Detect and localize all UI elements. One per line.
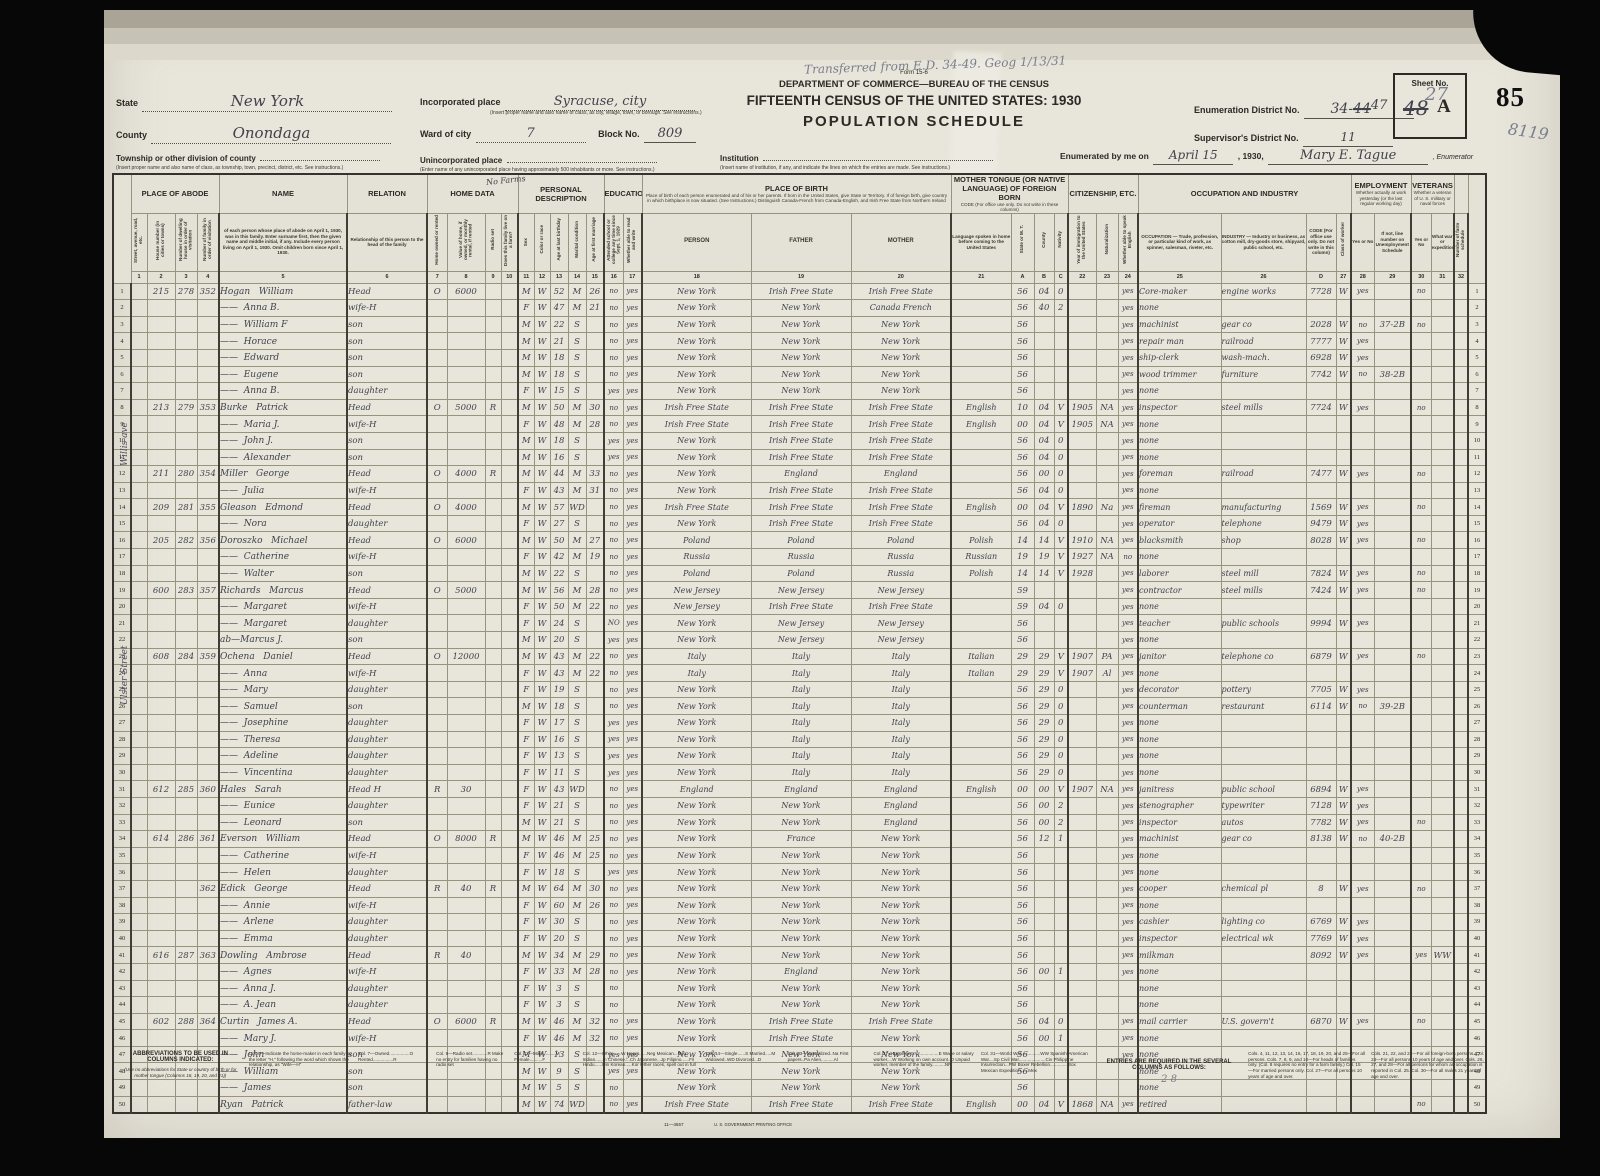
cell	[1034, 847, 1054, 864]
cell	[1431, 499, 1454, 516]
row-number-left: 45	[113, 1013, 131, 1030]
cell	[1411, 997, 1431, 1014]
cell: Irish Free State	[751, 499, 851, 516]
cell	[1306, 432, 1336, 449]
cell	[1054, 930, 1068, 947]
cell: yes	[623, 831, 642, 848]
cell: pottery	[1221, 681, 1306, 698]
ed-corrected: 47	[1371, 98, 1388, 113]
cell: Irish Free State	[751, 1013, 851, 1030]
cell: no	[604, 515, 623, 532]
cell: F	[518, 416, 534, 433]
cell	[1431, 764, 1454, 781]
cell: wife-H	[347, 416, 427, 433]
cell: milkman	[1138, 947, 1221, 964]
cell: stenographer	[1138, 797, 1221, 814]
cell	[447, 416, 485, 433]
cell	[1306, 715, 1336, 732]
cell: yes	[623, 300, 642, 317]
cell: 30	[586, 880, 604, 897]
cell: F	[518, 930, 534, 947]
cell: yes	[604, 748, 623, 765]
cell: M	[568, 399, 586, 416]
cell: 7424	[1306, 582, 1336, 599]
column-number: 21	[951, 271, 1011, 283]
column-description: Street, avenue, road, etc.	[131, 213, 147, 271]
cell: —— Margaret	[219, 598, 347, 615]
cell	[1374, 814, 1411, 831]
row-number-right: 8	[1468, 399, 1486, 416]
column-description: FATHER	[751, 213, 851, 271]
cell	[1411, 482, 1431, 499]
cell	[147, 432, 175, 449]
abbr-note: (Use no abbreviations for State or count…	[118, 1067, 243, 1078]
column-description: OCCUPATION — Trade, profession, or parti…	[1138, 213, 1221, 271]
cell: M	[518, 582, 534, 599]
cell	[1221, 963, 1306, 980]
cell: W	[534, 731, 550, 748]
cell	[1068, 681, 1096, 698]
cell: steel mills	[1221, 582, 1306, 599]
table-row: 32—— EunicedaughterFW21SnoyesNew YorkNew…	[113, 797, 1486, 814]
cell: yes	[1118, 748, 1138, 765]
cell	[485, 316, 501, 333]
cell: F	[518, 997, 534, 1014]
cell: New York	[751, 349, 851, 366]
cell: 612	[147, 781, 175, 798]
cell	[1374, 847, 1411, 864]
cell: England	[851, 797, 951, 814]
cell: 285	[175, 781, 197, 798]
cell: 56	[1011, 814, 1034, 831]
cell	[131, 1013, 147, 1030]
cell: New York	[642, 880, 751, 897]
cell: English	[951, 781, 1011, 798]
cell: F	[518, 847, 534, 864]
cell: yes	[1118, 283, 1138, 300]
cell	[147, 515, 175, 532]
cell	[485, 1030, 501, 1047]
cell	[1411, 349, 1431, 366]
column-number: B	[1034, 271, 1054, 283]
cell: Russia	[851, 565, 951, 582]
column-description: Value of home, if owned, or monthly rent…	[447, 213, 485, 271]
cell	[131, 499, 147, 516]
cell: Irish Free State	[642, 1096, 751, 1113]
cell: 56	[1011, 383, 1034, 400]
cell	[1454, 847, 1468, 864]
cell: yes	[1118, 1096, 1138, 1113]
cell	[1306, 482, 1336, 499]
cell: W	[1336, 781, 1351, 798]
table-row: 2—— Anna B.wife-HFW47M21noyesNew YorkNew…	[113, 300, 1486, 317]
cell: Irish Free State	[751, 598, 851, 615]
cell: W	[534, 715, 550, 732]
cell: W	[534, 698, 550, 715]
cell: wife-H	[347, 665, 427, 682]
cell	[1411, 930, 1431, 947]
cell	[1054, 980, 1068, 997]
cell	[1411, 914, 1431, 931]
cell	[1068, 814, 1096, 831]
cell	[1068, 980, 1096, 997]
cell	[501, 947, 518, 964]
cell: Italy	[751, 681, 851, 698]
cell	[175, 797, 197, 814]
cell	[1306, 416, 1336, 433]
cell: Italy	[851, 764, 951, 781]
cell: W	[534, 598, 550, 615]
cell: 43	[550, 482, 568, 499]
cell: S	[568, 316, 586, 333]
cell	[951, 914, 1011, 931]
cell: yes	[623, 532, 642, 549]
cell: M	[518, 947, 534, 964]
row-number-right: 18	[1468, 565, 1486, 582]
cell	[131, 681, 147, 698]
row-number-right: 14	[1468, 499, 1486, 516]
cell: Russia	[642, 549, 751, 566]
cell: S	[568, 681, 586, 698]
cell	[131, 1096, 147, 1113]
cell	[447, 615, 485, 632]
cell	[1068, 897, 1096, 914]
cell	[175, 930, 197, 947]
cell	[485, 980, 501, 997]
cell	[447, 748, 485, 765]
cell: yes	[623, 632, 642, 649]
cell: no	[1411, 466, 1431, 483]
cell: V	[1054, 532, 1068, 549]
cell: yes	[1118, 1013, 1138, 1030]
cell: yes	[623, 698, 642, 715]
cell	[1336, 383, 1351, 400]
cell: 17	[550, 715, 568, 732]
cell: W	[1336, 565, 1351, 582]
cell: 6000	[447, 1013, 485, 1030]
cell: 0	[1054, 432, 1068, 449]
cell: Irish Free State	[851, 499, 951, 516]
cell	[485, 333, 501, 350]
cell	[1336, 731, 1351, 748]
cell: 14	[1011, 565, 1034, 582]
cell: 56	[1011, 764, 1034, 781]
cell: Irish Free State	[642, 416, 751, 433]
cell: Dowling Ambrose	[219, 947, 347, 964]
cell: 56	[1011, 283, 1034, 300]
table-row: 36—— HelendaughterFW18SyesyesNew YorkNew…	[113, 864, 1486, 881]
table-row: 25—— MarydaughterFW19SnoyesNew YorkItaly…	[113, 681, 1486, 698]
cell: M	[568, 847, 586, 864]
cell	[147, 1096, 175, 1113]
cell: Head	[347, 1013, 427, 1030]
cell	[147, 598, 175, 615]
cell: New York	[851, 880, 951, 897]
cell	[1068, 366, 1096, 383]
cell: Burke Patrick	[219, 399, 347, 416]
cell: no	[1411, 1096, 1431, 1113]
cell: yes	[1118, 897, 1138, 914]
cell	[147, 914, 175, 931]
cell: W	[1336, 648, 1351, 665]
cell: yes	[1351, 349, 1374, 366]
cell	[501, 648, 518, 665]
cell: New York	[642, 300, 751, 317]
cell: machinist	[1138, 831, 1221, 848]
cell	[1068, 997, 1096, 1014]
cell	[1431, 715, 1454, 732]
cell	[131, 715, 147, 732]
cell	[485, 797, 501, 814]
cell	[427, 814, 447, 831]
row-number-right: 7	[1468, 383, 1486, 400]
cell	[1374, 499, 1411, 516]
cell	[1221, 731, 1306, 748]
cell	[447, 914, 485, 931]
cell: F	[518, 300, 534, 317]
cell	[447, 997, 485, 1014]
cell	[586, 499, 604, 516]
cell: R	[485, 466, 501, 483]
cell: yes	[623, 432, 642, 449]
cell	[1454, 864, 1468, 881]
cell: M	[518, 316, 534, 333]
cell: 43	[550, 648, 568, 665]
cell: W	[534, 632, 550, 649]
cell: 1905	[1068, 399, 1096, 416]
cell: 46	[550, 831, 568, 848]
cell	[131, 549, 147, 566]
ward-field: Ward of city 7 Block No. 809	[420, 124, 696, 143]
cell	[147, 416, 175, 433]
cell	[447, 715, 485, 732]
cell: 22	[586, 648, 604, 665]
cell: 29	[1034, 648, 1054, 665]
cell	[951, 482, 1011, 499]
cell	[175, 914, 197, 931]
cell: no	[604, 997, 623, 1014]
institution-label: Institution	[720, 154, 759, 163]
table-row: 30—— VincentinadaughterFW11SyesyesNew Yo…	[113, 764, 1486, 781]
cell	[485, 897, 501, 914]
cell	[1034, 632, 1054, 649]
cell	[1096, 300, 1118, 317]
column-description: Nativity	[1054, 213, 1068, 271]
cell: S	[568, 731, 586, 748]
cell: no	[1411, 814, 1431, 831]
cell	[447, 864, 485, 881]
cell	[1374, 383, 1411, 400]
cell: yes	[1351, 781, 1374, 798]
cell: F	[518, 963, 534, 980]
cell: yes	[1118, 930, 1138, 947]
cell: —— Walter	[219, 565, 347, 582]
cell: 18	[550, 698, 568, 715]
cell	[1411, 449, 1431, 466]
cell: none	[1138, 847, 1221, 864]
cell	[1411, 748, 1431, 765]
column-group	[1454, 174, 1468, 213]
cell: Italy	[851, 748, 951, 765]
cell	[1054, 914, 1068, 931]
column-description: Class of worker	[1336, 213, 1351, 271]
cell	[501, 632, 518, 649]
cell	[131, 432, 147, 449]
cell	[147, 980, 175, 997]
cell	[1306, 731, 1336, 748]
cell: 56	[1011, 864, 1034, 881]
cell	[501, 598, 518, 615]
cell	[1336, 1096, 1351, 1113]
cell: no	[604, 698, 623, 715]
cell: 354	[197, 466, 219, 483]
column-group: EDUCATION	[604, 174, 642, 213]
cell	[586, 914, 604, 931]
cell: 0	[1054, 449, 1068, 466]
cell	[447, 565, 485, 582]
cell	[1068, 847, 1096, 864]
census-scan: State New York County Onondaga Township …	[0, 0, 1600, 1176]
cell	[951, 847, 1011, 864]
cell: 60	[550, 897, 568, 914]
cell	[1454, 565, 1468, 582]
cell: daughter	[347, 731, 427, 748]
column-number: 11	[518, 271, 534, 283]
cell	[485, 349, 501, 366]
cell	[485, 515, 501, 532]
cell: S	[568, 715, 586, 732]
cell	[1454, 316, 1468, 333]
column-number: 19	[751, 271, 851, 283]
cell	[147, 797, 175, 814]
cell: 18	[550, 349, 568, 366]
cell: laborer	[1138, 565, 1221, 582]
cell: New York	[751, 914, 851, 931]
cell	[447, 598, 485, 615]
cell	[1431, 416, 1454, 433]
column-description: Does this family live on a farm?	[501, 213, 518, 271]
cell: yes	[1351, 466, 1374, 483]
cell	[501, 466, 518, 483]
cell: none	[1138, 300, 1221, 317]
row-number-right: 24	[1468, 665, 1486, 682]
cell: 64	[550, 880, 568, 897]
cell: autos	[1221, 814, 1306, 831]
cell	[197, 416, 219, 433]
cell: M	[518, 432, 534, 449]
cell: daughter	[347, 515, 427, 532]
cell: NO	[604, 615, 623, 632]
cell	[1096, 1030, 1118, 1047]
cell: New York	[851, 831, 951, 848]
cell: New York	[751, 930, 851, 947]
cell: New York	[851, 947, 951, 964]
cell: 357	[197, 582, 219, 599]
cell	[1351, 482, 1374, 499]
cell: yes	[1118, 499, 1138, 516]
cell	[1336, 715, 1351, 732]
cell: son	[347, 632, 427, 649]
cell: no	[604, 300, 623, 317]
cell	[485, 681, 501, 698]
row-number-right: 15	[1468, 515, 1486, 532]
cell	[1096, 797, 1118, 814]
cell	[131, 598, 147, 615]
table-row: 28—— TheresadaughterFW16SyesyesNew YorkI…	[113, 731, 1486, 748]
cell: W	[534, 349, 550, 366]
table-row: 31612285360Hales SarahHead HR30FW43WDnoy…	[113, 781, 1486, 798]
table-row: 34614286361Everson WilliamHeadO8000RMW46…	[113, 831, 1486, 848]
cell: no	[604, 582, 623, 599]
cell	[1454, 997, 1468, 1014]
cell	[1454, 914, 1468, 931]
cell	[1096, 366, 1118, 383]
cell: Head	[347, 499, 427, 516]
cell: yes	[623, 416, 642, 433]
cell: 211	[147, 466, 175, 483]
cell: M	[518, 499, 534, 516]
cell: 29	[1034, 748, 1054, 765]
cell	[586, 383, 604, 400]
table-row: 1215278352Hogan WilliamHeadO6000MW52M26n…	[113, 283, 1486, 300]
cell: O	[427, 283, 447, 300]
column-description: Age at first marriage	[586, 213, 604, 271]
cell: —— Maria J.	[219, 416, 347, 433]
cell: 353	[197, 399, 219, 416]
cell	[131, 698, 147, 715]
column-group: NAME	[219, 174, 347, 213]
cell: M	[568, 598, 586, 615]
cell	[1411, 300, 1431, 317]
abbr-col: Col. 6—Indicate the home-maker in each f…	[249, 1051, 352, 1068]
cell: New York	[642, 333, 751, 350]
row-number-right: 17	[1468, 549, 1486, 566]
column-number: 20	[851, 271, 951, 283]
cell: 6879	[1306, 648, 1336, 665]
column-number: 27	[1336, 271, 1351, 283]
cell	[501, 997, 518, 1014]
cell: New York	[851, 1030, 951, 1047]
cell: W	[1336, 283, 1351, 300]
cell	[1096, 432, 1118, 449]
cell	[1221, 665, 1306, 682]
cell	[501, 914, 518, 931]
cell	[501, 399, 518, 416]
cell: 616	[147, 947, 175, 964]
cell	[1454, 814, 1468, 831]
cell: yes	[623, 1096, 642, 1113]
cell: Head	[347, 399, 427, 416]
cell	[197, 366, 219, 383]
cell: —— A. Jean	[219, 997, 347, 1014]
cell	[485, 748, 501, 765]
cell	[1096, 283, 1118, 300]
cell: M	[568, 665, 586, 682]
cell	[131, 665, 147, 682]
cell	[1221, 416, 1306, 433]
cell: Richards Marcus	[219, 582, 347, 599]
cell: yes	[604, 715, 623, 732]
cell: M	[568, 482, 586, 499]
cell: 286	[175, 831, 197, 848]
column-description: Year of immigration to the United States	[1068, 213, 1096, 271]
cell: 32	[586, 1013, 604, 1030]
cell	[1374, 349, 1411, 366]
cell: no	[1411, 283, 1431, 300]
cell	[147, 366, 175, 383]
cell	[1351, 665, 1374, 682]
cell: —— John J.	[219, 432, 347, 449]
